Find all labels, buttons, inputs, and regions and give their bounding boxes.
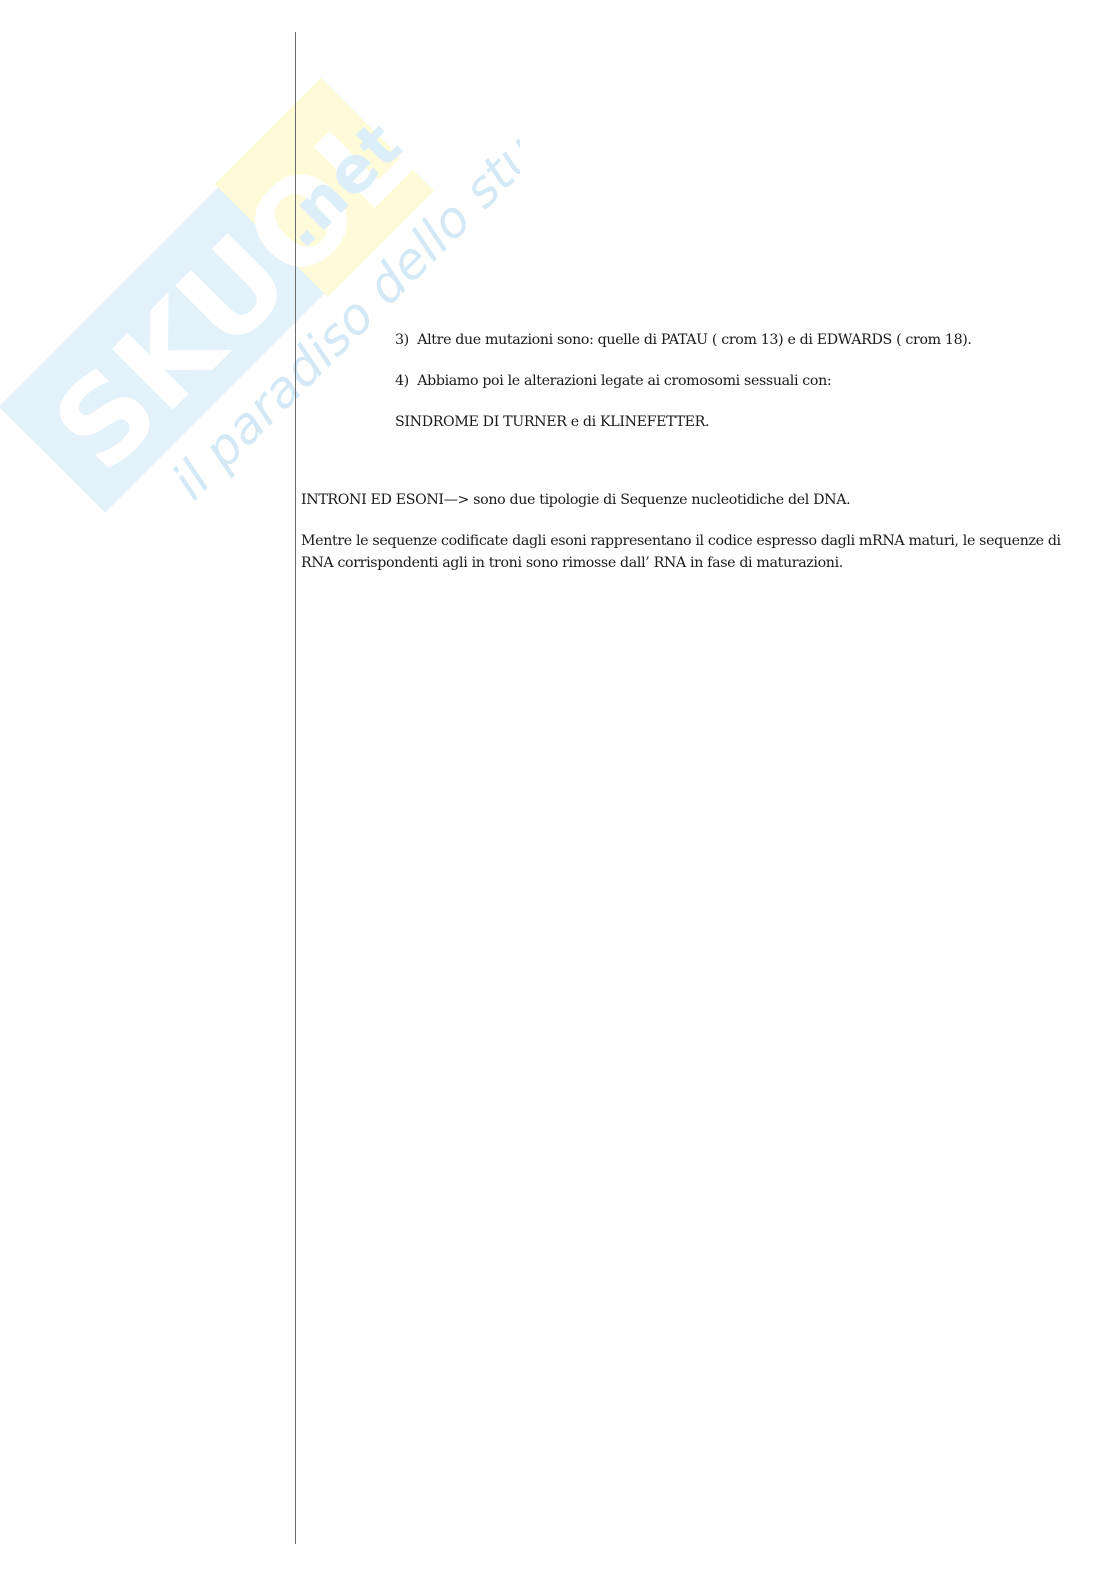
- margin-divider: [295, 32, 296, 1544]
- list-item-number: 4): [395, 373, 409, 389]
- list-item-number: 3): [395, 332, 409, 348]
- list-item-text: Altre due mutazioni sono: quelle di PATA…: [417, 332, 971, 348]
- list-continuation: SINDROME DI TURNER e di KLINEFETTER.: [395, 412, 709, 432]
- body-paragraph: Mentre le sequenze codificate dagli eson…: [301, 530, 1071, 574]
- list-item: 3) Altre due mutazioni sono: quelle di P…: [395, 330, 972, 350]
- list-item: 4) Abbiamo poi le alterazioni legate ai …: [395, 371, 831, 391]
- section-heading-line: INTRONI ED ESONI—> sono due tipologie di…: [301, 490, 850, 510]
- document-page: SKUOLA .net il paradiso dello studente 3…: [0, 0, 1116, 1579]
- skuola-watermark-logo: SKUOLA .net il paradiso dello studente: [0, 0, 520, 540]
- svg-text:.net: .net: [262, 108, 416, 262]
- svg-text:il paradiso dello studente: il paradiso dello studente: [161, 21, 520, 510]
- list-item-text: Abbiamo poi le alterazioni legate ai cro…: [417, 373, 831, 389]
